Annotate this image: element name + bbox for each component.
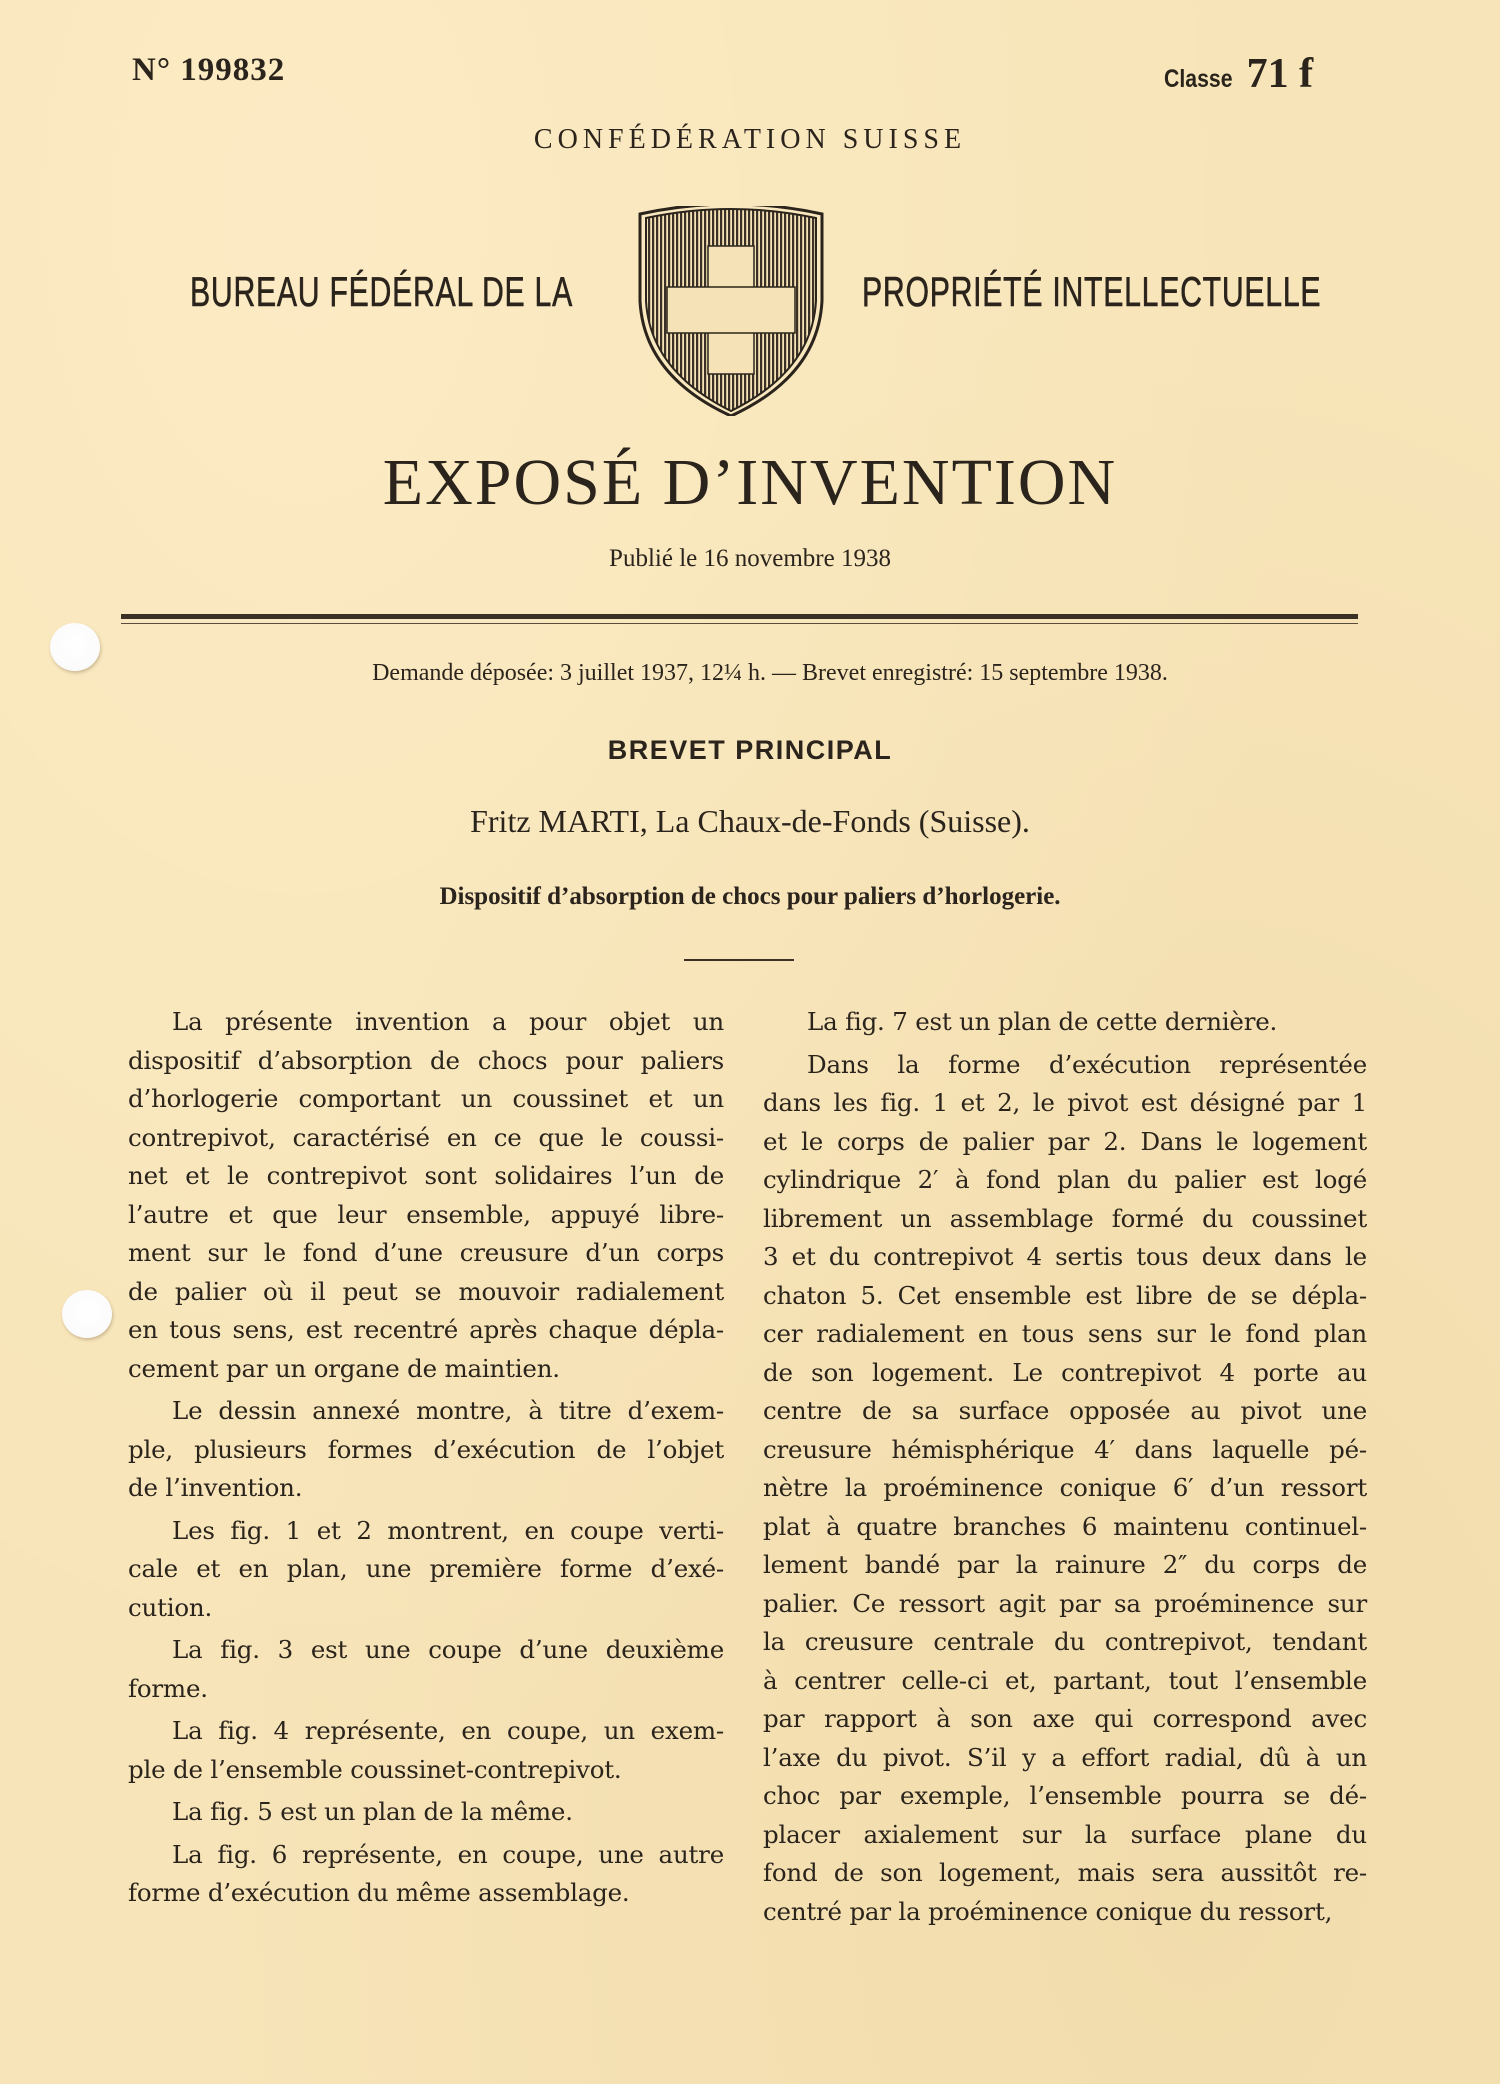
paragraph: Le dessin annexé montre, à titre d’exem-… [128,1392,724,1508]
text-line: contrepivot, caractérisé en ce que le co… [128,1119,724,1158]
text-line: l’autre et que leur ensemble, appuyé lib… [128,1196,724,1235]
text-line: cer radialement en tous sens sur le fond… [763,1315,1367,1354]
inventor-name: Fritz MARTI, La Chaux-de-Fonds (Suisse). [0,803,1500,840]
text-line: ment sur le fond d’une creusure d’un cor… [128,1234,724,1273]
paragraph: La fig. 5 est un plan de la même. [128,1793,724,1832]
paragraph: La fig. 3 est une coupe d’une deuxièmefo… [128,1631,724,1708]
bureau-name-right: PROPRIÉTÉ INTELLECTUELLE [862,268,1321,316]
paragraph: La présente invention a pour objet undis… [128,1003,724,1388]
section-divider [684,959,794,961]
classe-value: 71 f [1247,51,1314,97]
text-line: placer axialement sur la surface plane d… [763,1816,1367,1855]
text-line: 3 et du contrepivot 4 sertis tous deux d… [763,1238,1367,1277]
invention-subject: Dispositif d’absorption de chocs pour pa… [0,883,1500,911]
text-line: dispositif d’absorption de chocs pour pa… [128,1042,724,1081]
text-line: plat à quatre branches 6 maintenu contin… [763,1508,1367,1547]
text-line: d’horlogerie comportant un coussinet et … [128,1080,724,1119]
text-line: Dans la forme d’exécution représentée [763,1046,1367,1085]
patent-type: BREVET PRINCIPAL [0,735,1500,766]
header-divider-thin [121,623,1358,624]
text-line: forme d’exécution du même assemblage. [128,1874,724,1913]
text-line: de l’invention. [128,1469,724,1508]
text-line: de son logement. Le contrepivot 4 porte … [763,1354,1367,1393]
text-line: librement un assemblage formé du coussin… [763,1200,1367,1239]
paragraph: La fig. 6 représente, en coupe, une autr… [128,1836,724,1913]
text-line: lement bandé par la rainure 2″ du corps … [763,1546,1367,1585]
text-line: La fig. 4 représente, en coupe, un exem- [128,1712,724,1751]
text-line: La fig. 6 représente, en coupe, une autr… [128,1836,724,1875]
text-line: centré par la proéminence conique du res… [763,1893,1367,1932]
text-line: de palier où il peut se mouvoir radialem… [128,1273,724,1312]
paragraph: La fig. 7 est un plan de cette dernière. [763,1003,1367,1042]
text-line: fond de son logement, mais sera aussitôt… [763,1854,1367,1893]
text-line: à centrer celle-ci et, partant, tout l’e… [763,1662,1367,1701]
text-line: nètre la proéminence conique 6′ d’un res… [763,1469,1367,1508]
patent-class: Classe 71 f [1158,50,1313,98]
text-line: l’axe du pivot. S’il y a effort radial, … [763,1739,1367,1778]
text-line: La présente invention a pour objet un [128,1003,724,1042]
body-column-left: La présente invention a pour objet undis… [128,1003,724,1917]
paragraph: Dans la forme d’exécution représentéedan… [763,1046,1367,1932]
header-divider-thick [121,614,1358,619]
text-line: par rapport à son axe qui correspond ave… [763,1700,1367,1739]
body-column-right: La fig. 7 est un plan de cette dernière.… [763,1003,1367,1935]
text-line: Le dessin annexé montre, à titre d’exem- [128,1392,724,1431]
document-title: EXPOSÉ D’INVENTION [0,445,1500,521]
confederation-heading: CONFÉDÉRATION SUISSE [0,124,1500,156]
text-line: choc par exemple, l’ensemble pourra se d… [763,1777,1367,1816]
text-line: La fig. 7 est un plan de cette dernière. [763,1003,1367,1042]
punch-hole-bottom [62,1290,112,1338]
text-line: chaton 5. Cet ensemble est libre de se d… [763,1277,1367,1316]
text-line: Les fig. 1 et 2 montrent, en coupe verti… [128,1512,724,1551]
text-line: La fig. 5 est un plan de la même. [128,1793,724,1832]
text-line: la creusure centrale du contrepivot, ten… [763,1623,1367,1662]
paragraph: La fig. 4 représente, en coupe, un exem-… [128,1712,724,1789]
publication-date: Publié le 16 novembre 1938 [0,545,1500,573]
text-line: ple, plusieurs formes d’exécution de l’o… [128,1431,724,1470]
filing-info: Demande déposée: 3 juillet 1937, 12¼ h. … [0,660,1500,687]
text-line: cylindrique 2′ à fond plan du palier est… [763,1161,1367,1200]
classe-label: Classe [1164,65,1233,94]
text-line: La fig. 3 est une coupe d’une deuxième [128,1631,724,1670]
bureau-name-left: BUREAU FÉDÉRAL DE LA [190,268,573,316]
text-line: cale et en plan, une première forme d’ex… [128,1550,724,1589]
text-line: dans les fig. 1 et 2, le pivot est désig… [763,1084,1367,1123]
text-line: creusure hémisphérique 4′ dans laquelle … [763,1431,1367,1470]
text-line: palier. Ce ressort agit par sa proéminen… [763,1585,1367,1624]
text-line: cement par un organe de maintien. [128,1350,724,1389]
text-line: et le corps de palier par 2. Dans le log… [763,1123,1367,1162]
patent-number: N° 199832 [132,52,285,89]
text-line: en tous sens, est recentré après chaque … [128,1311,724,1350]
swiss-shield-icon [636,206,826,416]
text-line: cution. [128,1589,724,1628]
paragraph: Les fig. 1 et 2 montrent, en coupe verti… [128,1512,724,1628]
text-line: ple de l’ensemble coussinet-contrepivot. [128,1751,724,1790]
text-line: net et le contrepivot sont solidaires l’… [128,1157,724,1196]
text-line: centre de sa surface opposée au pivot un… [763,1392,1367,1431]
text-line: forme. [128,1670,724,1709]
